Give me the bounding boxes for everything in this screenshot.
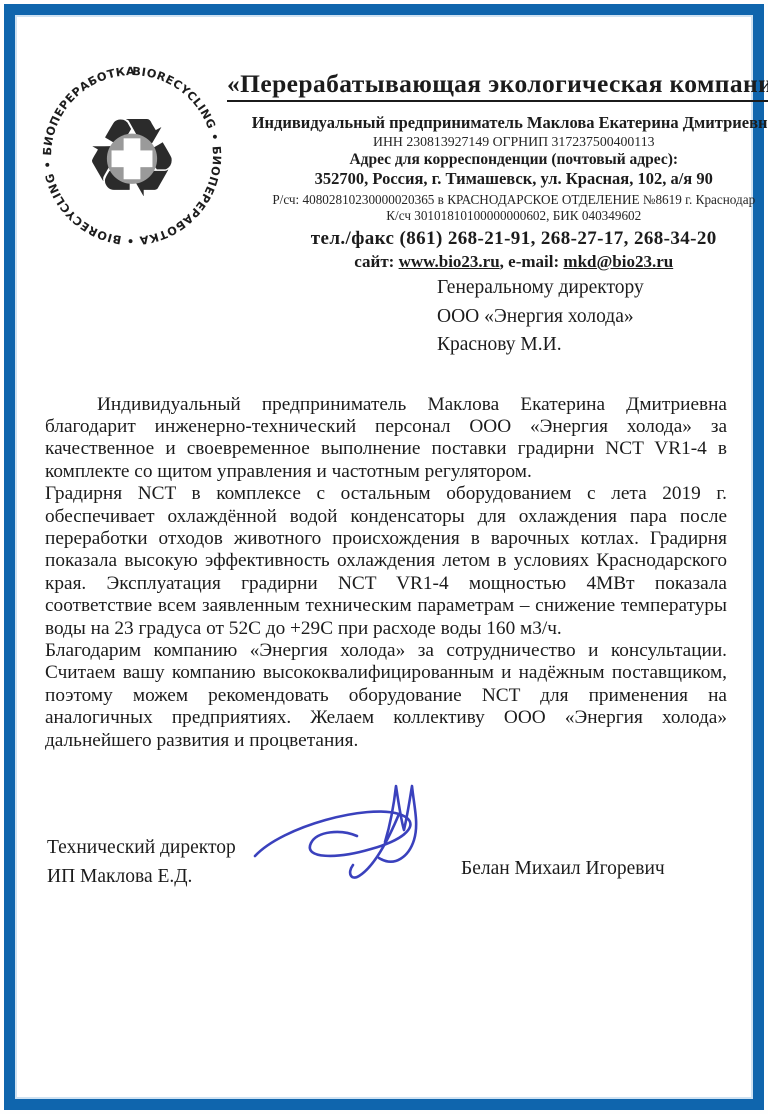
addressee-company: ООО «Энергия холода»: [437, 303, 727, 332]
biorecycling-logo-svg: BIORECYCLING • БИОПЕРЕРАБОТКА • BIORECYC…: [39, 63, 225, 249]
address-label: Адрес для корреспонденции (почтовый адре…: [227, 151, 768, 169]
paragraph-performance: Градирня NCT в комплексе с остальным обо…: [45, 483, 727, 640]
letterhead-text: «Перерабатывающая экологическая компания…: [225, 55, 768, 272]
site-email-separator: ,: [500, 252, 509, 271]
postal-address-line: 352700, Россия, г. Тимашевск, ул. Красна…: [227, 169, 768, 189]
company-title: «Перерабатывающая экологическая компания…: [227, 69, 768, 102]
signer-title-block: Технический директор ИП Маклова Е.Д.: [47, 834, 236, 891]
site-label: сайт:: [354, 252, 398, 271]
settlement-account-line: Р/сч: 40802810230000020365 в КРАСНОДАРСК…: [227, 192, 768, 208]
signer-organization: ИП Маклова Е.Д.: [47, 863, 236, 892]
corr-account-line: К/сч 30101810100000000602, БИК 040349602: [227, 208, 768, 224]
email-link: mkd@bio23.ru: [563, 252, 673, 271]
phone-fax-line: тел./факс (861) 268-21-91, 268-27-17, 26…: [227, 228, 768, 250]
addressee-name: Краснову М.И.: [437, 331, 727, 360]
signer-name: Белан Михаил Игоревич: [461, 858, 665, 880]
letter-body: Индивидуальный предприниматель Маклова Е…: [45, 394, 727, 753]
addressee-block: Генеральному директору ООО «Энергия холо…: [437, 274, 727, 360]
signature-block: Технический директор ИП Маклова Е.Д. Бел…: [45, 810, 727, 920]
letterhead: BIORECYCLING • БИОПЕРЕРАБОТКА • BIORECYC…: [45, 55, 727, 272]
scanned-letter: BIORECYCLING • БИОПЕРЕРАБОТКА • BIORECYC…: [0, 0, 768, 1114]
site-email-line: сайт: www.bio23.ru, e-mail: mkd@bio23.ru: [227, 252, 768, 272]
handwritten-signature-icon: [245, 778, 465, 896]
addressee-position: Генеральному директору: [437, 274, 727, 303]
biorecycling-logo: BIORECYCLING • БИОПЕРЕРАБОТКА • BIORECYC…: [39, 63, 225, 249]
paragraph-recommendation: Благодарим компанию «Энергия холода» за …: [45, 640, 727, 752]
inn-ogrnip-line: ИНН 230813927149 ОГРНИП 317237500400113: [227, 134, 768, 150]
website-link: www.bio23.ru: [399, 252, 500, 271]
email-label: e-mail:: [508, 252, 563, 271]
entrepreneur-line: Индивидуальный предприниматель Маклова Е…: [227, 113, 768, 133]
paragraph-gratitude: Индивидуальный предприниматель Маклова Е…: [45, 394, 727, 484]
letter-page: BIORECYCLING • БИОПЕРЕРАБОТКА • BIORECYC…: [4, 4, 764, 1110]
signer-position: Технический директор: [47, 834, 236, 863]
